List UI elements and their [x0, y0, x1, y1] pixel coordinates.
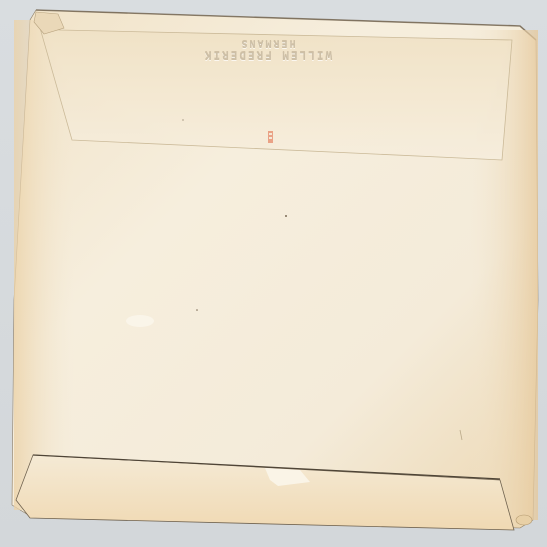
red-ink-mark — [266, 130, 276, 146]
envelope — [0, 0, 547, 547]
embossed-surname-line: HERMANS — [0, 38, 546, 49]
embossed-name-line: WILLEM FREDERIK — [0, 49, 546, 62]
photo-scene: WILLEM FREDERIK HERMANS — [0, 0, 547, 547]
